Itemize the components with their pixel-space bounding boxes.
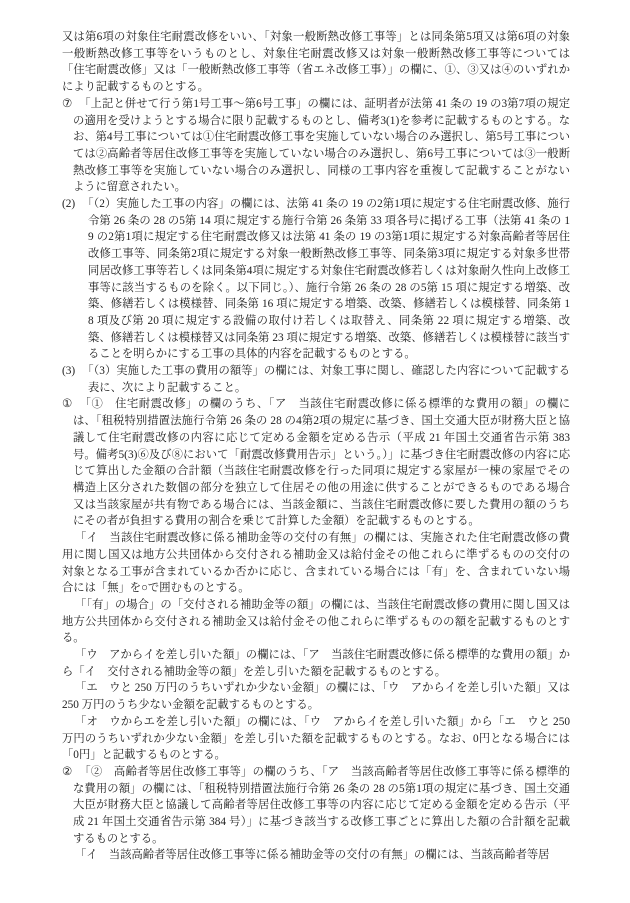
list-marker: ② (62, 766, 72, 778)
paragraph: 「エ ウと 250 万円のうちいずれか少ない金額」の欄には、「ウ アからイを差し… (62, 680, 570, 713)
paragraph: 「ウ アからイを差し引いた額」の欄には、「ア 当該住宅耐震改修に係る標準的な費用… (62, 647, 570, 680)
paragraph-text: 「イ 当該住宅耐震改修に係る補助金等の交付の有無」の欄には、実施された住宅耐震改… (62, 532, 570, 594)
paragraph-text: 「上記と併せて行う第1号工事～第6号工事」の欄には、証明者が法第 41 条の 1… (73, 98, 570, 194)
paragraph: 「「有」の場合」の「交付される補助金等の額」の欄には、当該住宅耐震改修の費用に関… (62, 597, 570, 647)
paragraph: 又は第6項の対象住宅耐震改修をいい、「対象一般断熱改修工事等」とは同条第5項又は… (62, 29, 570, 96)
paragraph-text: 「① 住宅耐震改修」の欄のうち、「ア 当該住宅耐震改修に係る標準的な費用の額」の… (73, 398, 570, 527)
paragraph-text: 「ウ アからイを差し引いた額」の欄には、「ア 当該住宅耐震改修に係る標準的な費用… (62, 649, 570, 678)
paragraph: ①「① 住宅耐震改修」の欄のうち、「ア 当該住宅耐震改修に係る標準的な費用の額」… (62, 396, 570, 530)
paragraph: ②「② 高齢者等居住改修工事等」の欄のうち、「ア 当該高齢者等居住改修工事等に係… (62, 764, 570, 848)
paragraph: 「オ ウからエを差し引いた額」の欄には、「ウ アからイを差し引いた額」から「エ … (62, 714, 570, 764)
paragraph: 「イ 当該高齢者等居住改修工事等に係る補助金等の交付の有無」の欄には、当該高齢者… (62, 847, 570, 864)
paragraph-text: 「エ ウと 250 万円のうちいずれか少ない金額」の欄には、「ウ アからイを差し… (62, 682, 570, 711)
paragraph-text: 「「有」の場合」の「交付される補助金等の額」の欄には、当該住宅耐震改修の費用に関… (62, 599, 570, 644)
paragraph-text: 「オ ウからエを差し引いた額」の欄には、「ウ アからイを差し引いた額」から「エ … (62, 716, 570, 761)
paragraph-text: 「イ 当該高齢者等居住改修工事等に係る補助金等の交付の有無」の欄には、当該高齢者… (75, 849, 549, 861)
paragraph-text: 「（2）実施した工事の内容」の欄には、法第 41 条の 19 の2第1項に規定す… (82, 198, 570, 360)
paragraph: (3)「（3）実施した工事の費用の額等」の欄には、対象工事に関し、確認した内容に… (62, 363, 570, 396)
list-marker: ⑦ (62, 98, 72, 110)
paragraph-text: 又は第6項の対象住宅耐震改修をいい、「対象一般断熱改修工事等」とは同条第5項又は… (62, 31, 570, 93)
list-marker: (2) (62, 198, 75, 210)
paragraph: ⑦「上記と併せて行う第1号工事～第6号工事」の欄には、証明者が法第 41 条の … (62, 96, 570, 196)
paragraph: 「イ 当該住宅耐震改修に係る補助金等の交付の有無」の欄には、実施された住宅耐震改… (62, 530, 570, 597)
list-marker: ① (62, 398, 73, 410)
paragraph: (2)「（2）実施した工事の内容」の欄には、法第 41 条の 19 の2第1項に… (62, 196, 570, 363)
paragraph-text: 「② 高齢者等居住改修工事等」の欄のうち、「ア 当該高齢者等居住改修工事等に係る… (73, 766, 570, 845)
paragraph-text: 「（3）実施した工事の費用の額等」の欄には、対象工事に関し、確認した内容について… (82, 365, 570, 394)
document-page: 又は第6項の対象住宅耐震改修をいい、「対象一般断熱改修工事等」とは同条第5項又は… (0, 0, 630, 903)
list-marker: (3) (62, 365, 75, 377)
